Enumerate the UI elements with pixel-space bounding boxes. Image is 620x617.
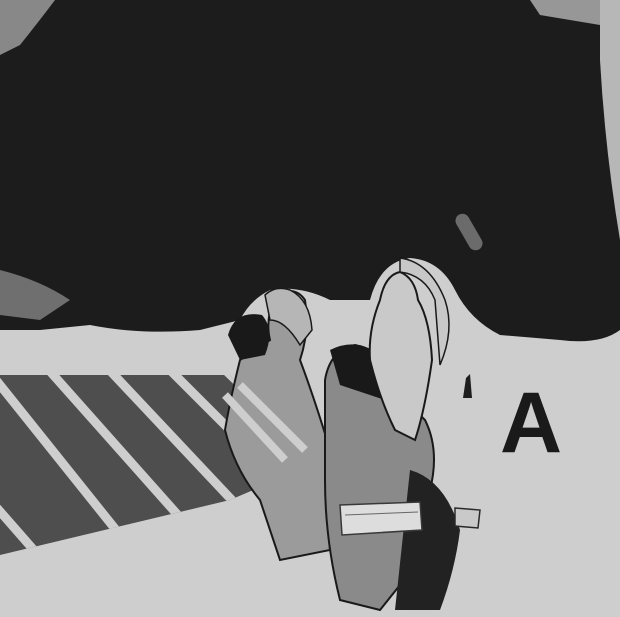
- letter-a: A: [500, 380, 562, 466]
- artwork-canvas: [0, 0, 620, 617]
- artwork-print: A: [0, 0, 620, 617]
- grain-overlay: [0, 0, 620, 617]
